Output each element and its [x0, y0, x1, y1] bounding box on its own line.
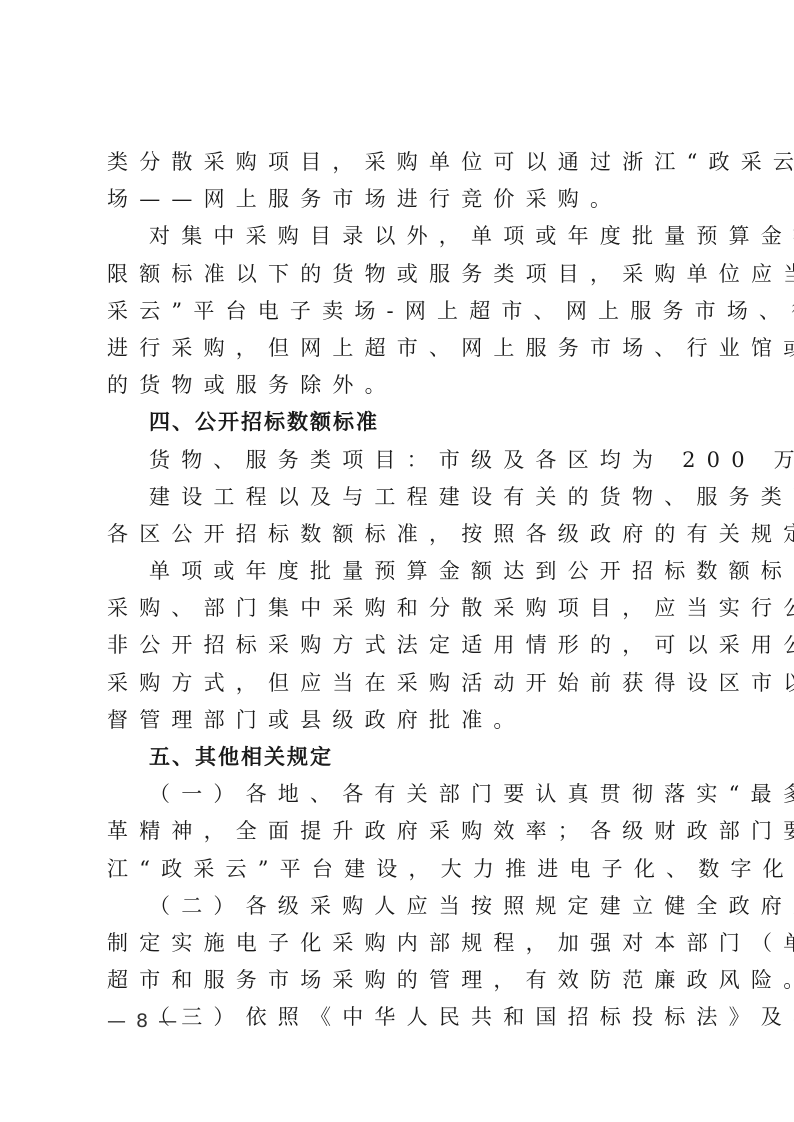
paragraph-start: （二）各级采购人应当按照规定建立健全政府采购内控机制，: [107, 888, 695, 925]
section-heading-4: 四、公开招标数额标准: [107, 404, 695, 441]
text-line: 制定实施电子化采购内部规程，加强对本部门（单位）实施网上: [107, 925, 695, 962]
text-line: 类分散采购项目，采购单位可以通过浙江“政采云”平台电子卖: [107, 144, 695, 181]
text-line: 采云”平台电子卖场-网上超市、网上服务市场、行业馆或主题馆: [107, 293, 695, 330]
text-line: 场——网上服务市场进行竞价采购。: [107, 181, 695, 218]
text-line: 采购方式，但应当在采购活动开始前获得设区市以上政府采购监: [107, 665, 695, 702]
text-line: 采购、部门集中采购和分散采购项目，应当实行公开招标。符合: [107, 590, 695, 627]
page-number: — 8 —: [107, 1010, 179, 1032]
text-line: 进行采购，但网上超市、网上服务市场、行业馆或主题馆未上线: [107, 330, 695, 367]
paragraph-start: （三）依照《中华人民共和国招标投标法》及其实施条例，: [107, 999, 695, 1036]
text-line: 江“政采云”平台建设，大力推进电子化、数字化采购。: [107, 851, 695, 888]
text-line: 革精神，全面提升政府采购效率；各级财政部门要进一步完善浙: [107, 813, 695, 850]
section-heading-5: 五、其他相关规定: [107, 739, 695, 776]
text-line: 非公开招标采购方式法定适用情形的，可以采用公开招标以外的: [107, 627, 695, 664]
paragraph-start: （一）各地、各有关部门要认真贯彻落实“最多跑一次”改: [107, 776, 695, 813]
text-line: 各区公开招标数额标准，按照各级政府的有关规定执行。: [107, 516, 695, 553]
text-line: 超市和服务市场采购的管理，有效防范廉政风险。: [107, 962, 695, 999]
document-body: 类分散采购项目，采购单位可以通过浙江“政采云”平台电子卖 场——网上服务市场进行…: [107, 144, 695, 1037]
text-line: 督管理部门或县级政府批准。: [107, 702, 695, 739]
paragraph-start: 单项或年度批量预算金额达到公开招标数额标准的政府集中: [107, 553, 695, 590]
text-line: 限额标准以下的货物或服务类项目，采购单位应当通过浙江“政: [107, 256, 695, 293]
paragraph-start: 对集中采购目录以外，单项或年度批量预算金额在分散采购: [107, 218, 695, 255]
document-page: 类分散采购项目，采购单位可以通过浙江“政采云”平台电子卖 场——网上服务市场进行…: [0, 0, 794, 1122]
paragraph-start: 货物、服务类项目：市级及各区均为 200 万元。: [107, 442, 695, 479]
paragraph-start: 建设工程以及与工程建设有关的货物、服务类项目：市级及: [107, 479, 695, 516]
text-line: 的货物或服务除外。: [107, 367, 695, 404]
